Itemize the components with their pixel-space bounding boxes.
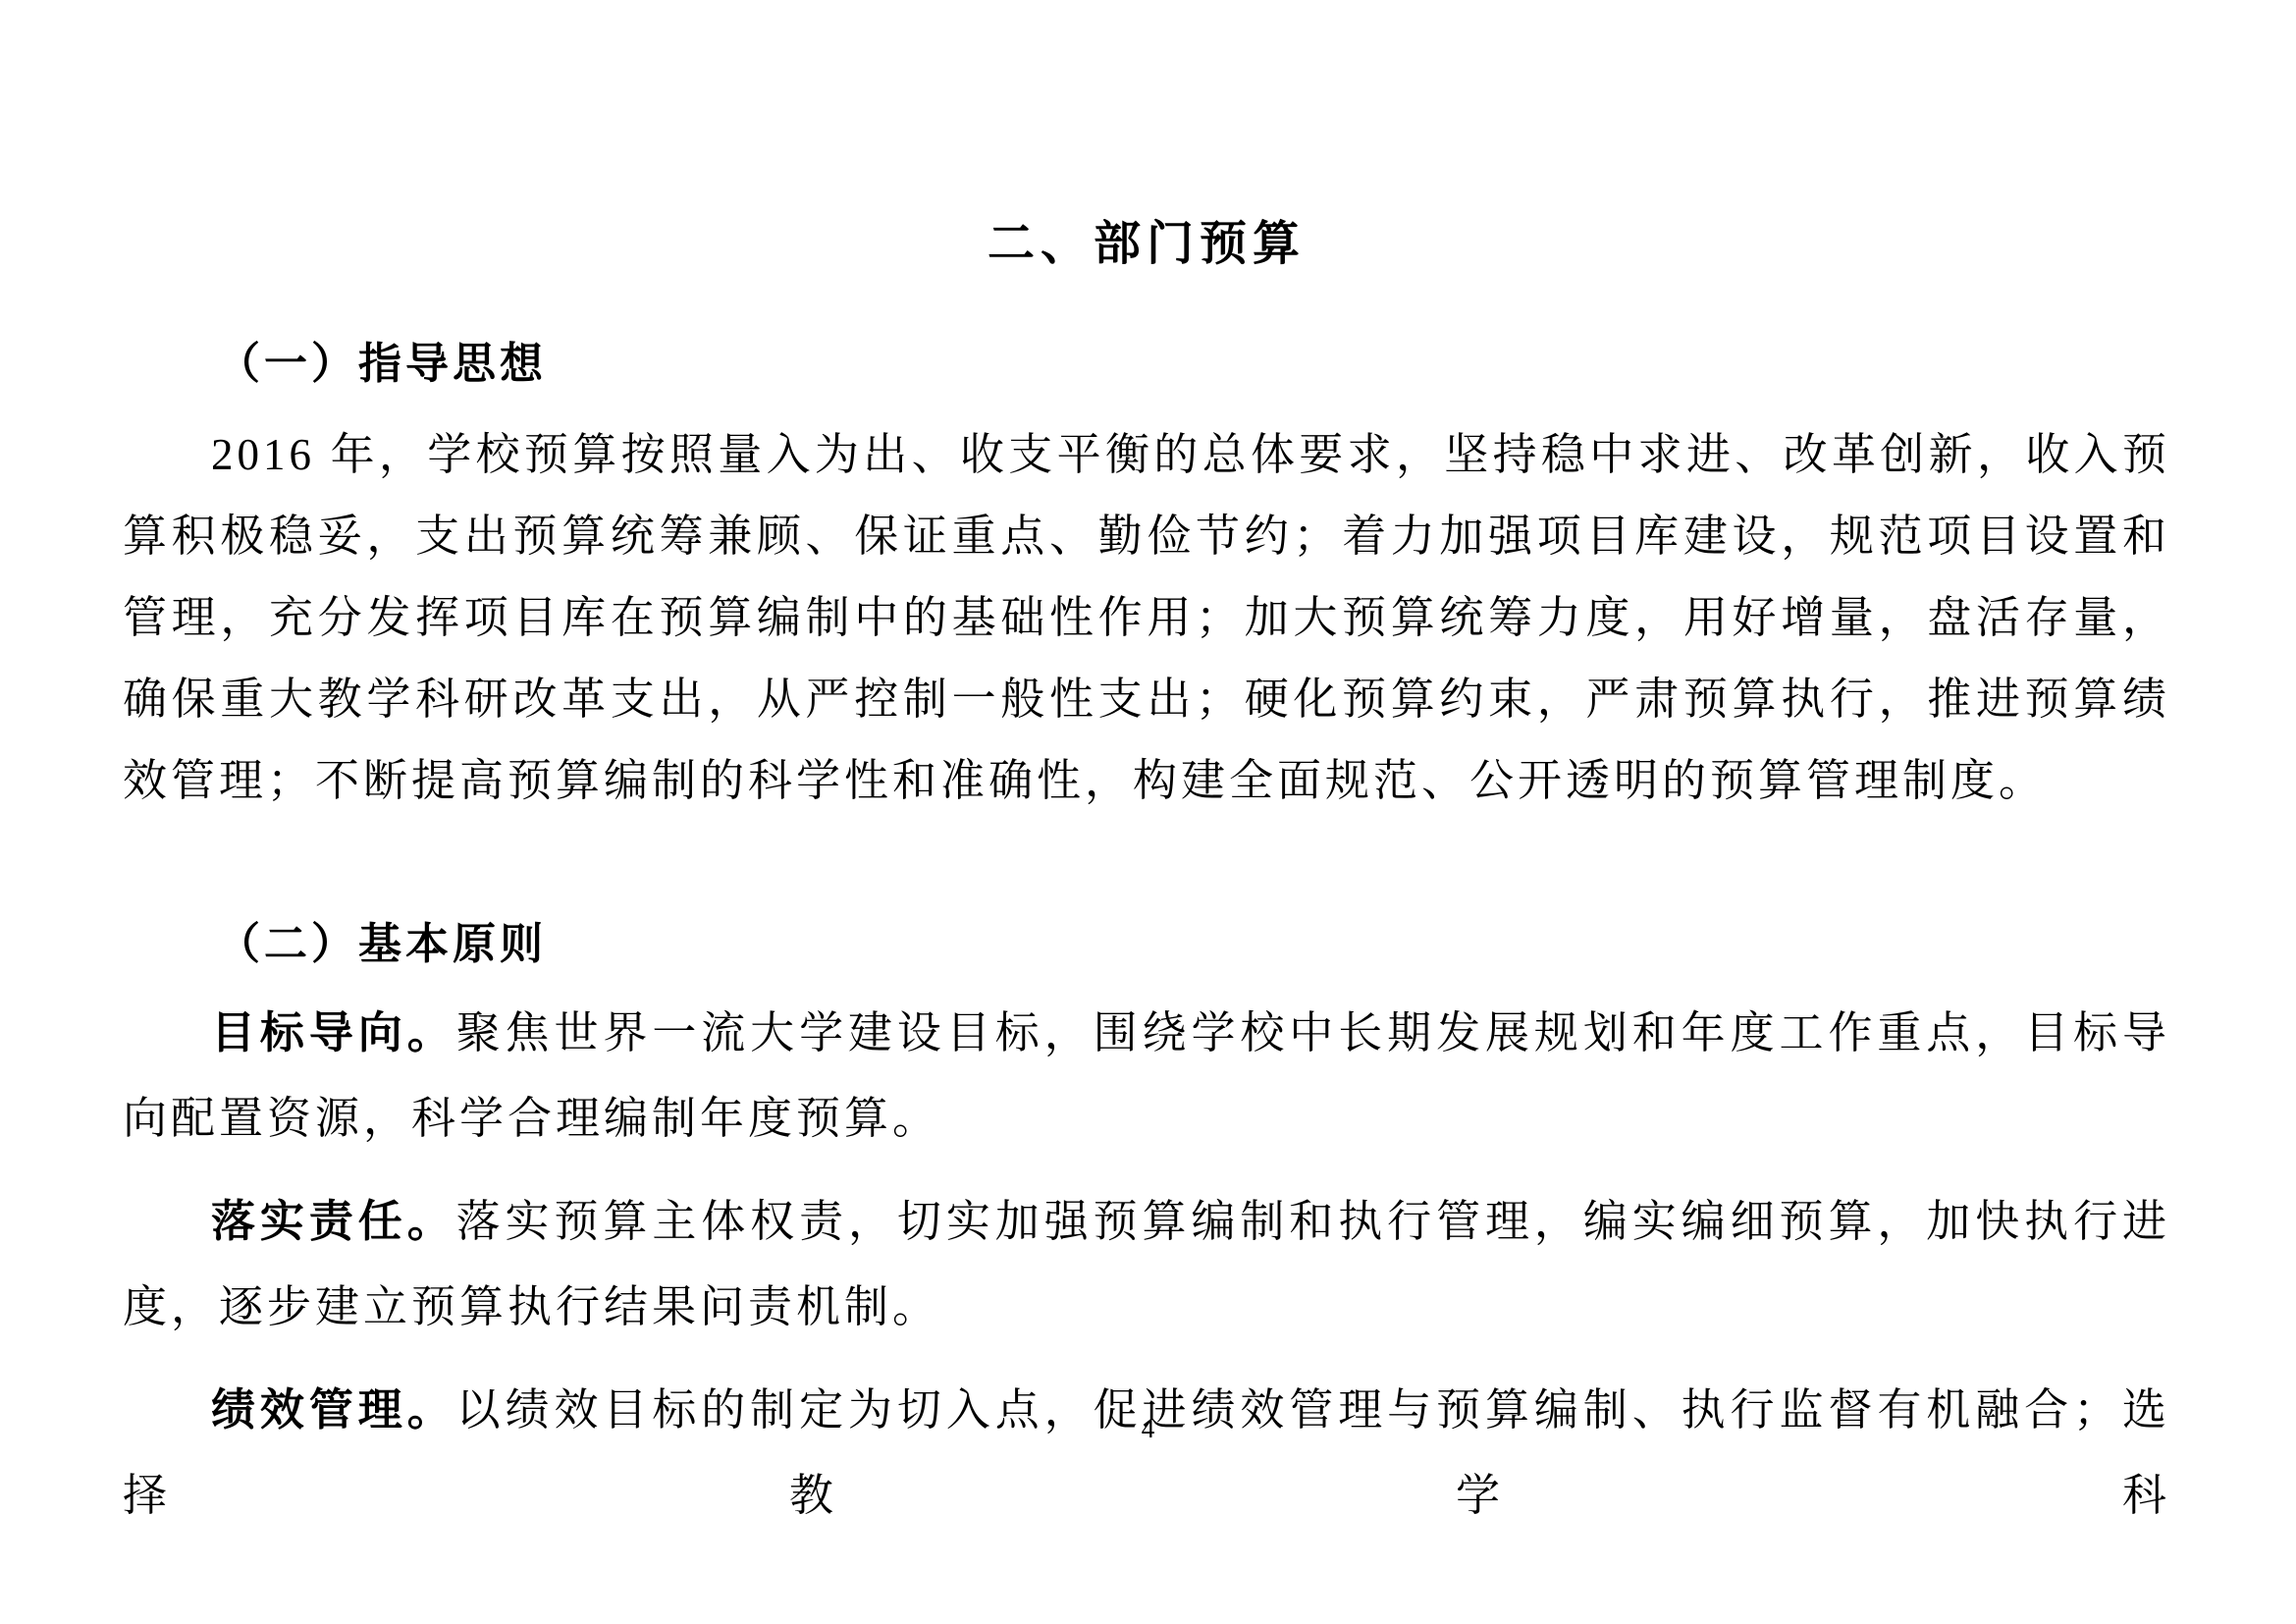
paragraph-lead: 落实责任。 — [211, 1197, 456, 1246]
document-content: 二、部门预算 （一）指导思想 2016 年，学校预算按照量入为出、收支平衡的总体… — [123, 0, 2170, 1539]
paragraph-lead: 目标导向。 — [211, 1008, 456, 1057]
section-2-paragraph-3: 绩效管理。以绩效目标的制定为切入点，促进绩效管理与预算编制、执行监督有机融合；选… — [123, 1368, 2170, 1539]
section-2-paragraph-2: 落实责任。落实预算主体权责，切实加强预算编制和执行管理，编实编细预算，加快执行进… — [123, 1179, 2170, 1350]
paragraph-text: 2016 年，学校预算按照量入为出、收支平衡的总体要求，坚持稳中求进、改革创新，… — [123, 430, 2170, 805]
section-1-heading: （一）指导思想 — [123, 336, 2170, 393]
page-number: 4 — [0, 1412, 2296, 1445]
section-2-heading: （二）基本原则 — [123, 916, 2170, 973]
section-2-paragraph-1: 目标导向。聚焦世界一流大学建设目标，围绕学校中长期发展规划和年度工作重点，目标导… — [123, 991, 2170, 1162]
section-1-paragraph-1: 2016 年，学校预算按照量入为出、收支平衡的总体要求，坚持稳中求进、改革创新，… — [123, 414, 2170, 822]
document-page: 二、部门预算 （一）指导思想 2016 年，学校预算按照量入为出、收支平衡的总体… — [0, 0, 2296, 1624]
document-title: 二、部门预算 — [123, 0, 2170, 275]
